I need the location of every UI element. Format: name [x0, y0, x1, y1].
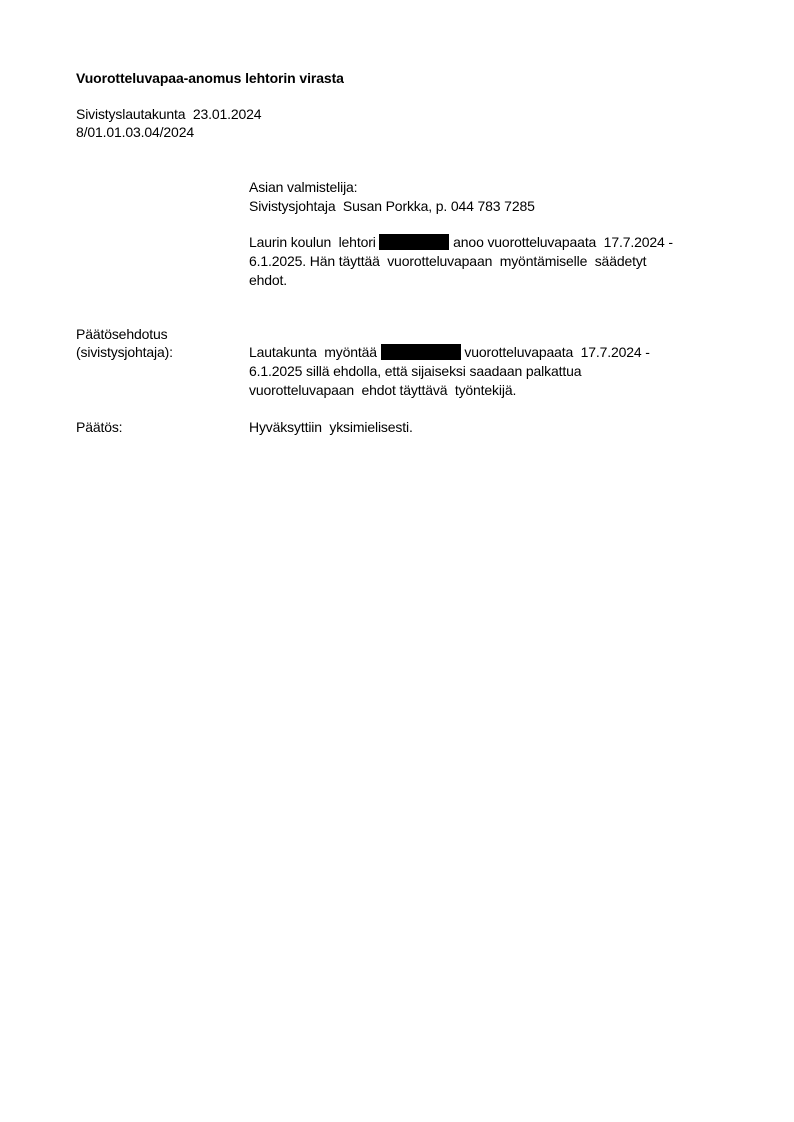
- meeting-info: Sivistyslautakunta 23.01.2024: [76, 105, 261, 123]
- description-text-start: Laurin koulun lehtori: [249, 234, 379, 250]
- proposal-text-end: vuorotteluvapaata 17.7.2024 -: [461, 344, 650, 360]
- description-line-2: 6.1.2025. Hän täyttää vuorotteluvapaan m…: [249, 252, 646, 270]
- redacted-name: [381, 344, 461, 360]
- description-line-3: ehdot.: [249, 271, 287, 289]
- proposal-text-start: Lautakunta myöntää: [249, 344, 381, 360]
- document-title: Vuorotteluvapaa-anomus lehtorin virasta: [76, 69, 344, 87]
- decision-value: Hyväksyttiin yksimielisesti.: [249, 418, 413, 436]
- proposal-label-line-2: (sivistysjohtaja):: [76, 343, 173, 361]
- document-page: Vuorotteluvapaa-anomus lehtorin virasta …: [0, 0, 794, 1122]
- redacted-name: [379, 234, 449, 250]
- proposal-line-2: 6.1.2025 sillä ehdolla, että sijaiseksi …: [249, 362, 581, 380]
- description-text-end: anoo vuorotteluvapaata 17.7.2024 -: [449, 234, 672, 250]
- decision-label: Päätös:: [76, 418, 122, 436]
- reference-number: 8/01.01.03.04/2024: [76, 123, 194, 141]
- proposal-line-1: Lautakunta myöntää vuorotteluvapaata 17.…: [249, 343, 650, 361]
- preparer-value: Sivistysjohtaja Susan Porkka, p. 044 783…: [249, 197, 535, 215]
- proposal-label-line-1: Päätösehdotus: [76, 325, 167, 343]
- preparer-label: Asian valmistelija:: [249, 178, 357, 196]
- description-line-1: Laurin koulun lehtori anoo vuorotteluvap…: [249, 233, 673, 251]
- proposal-line-3: vuorotteluvapaan ehdot täyttävä työnteki…: [249, 381, 516, 399]
